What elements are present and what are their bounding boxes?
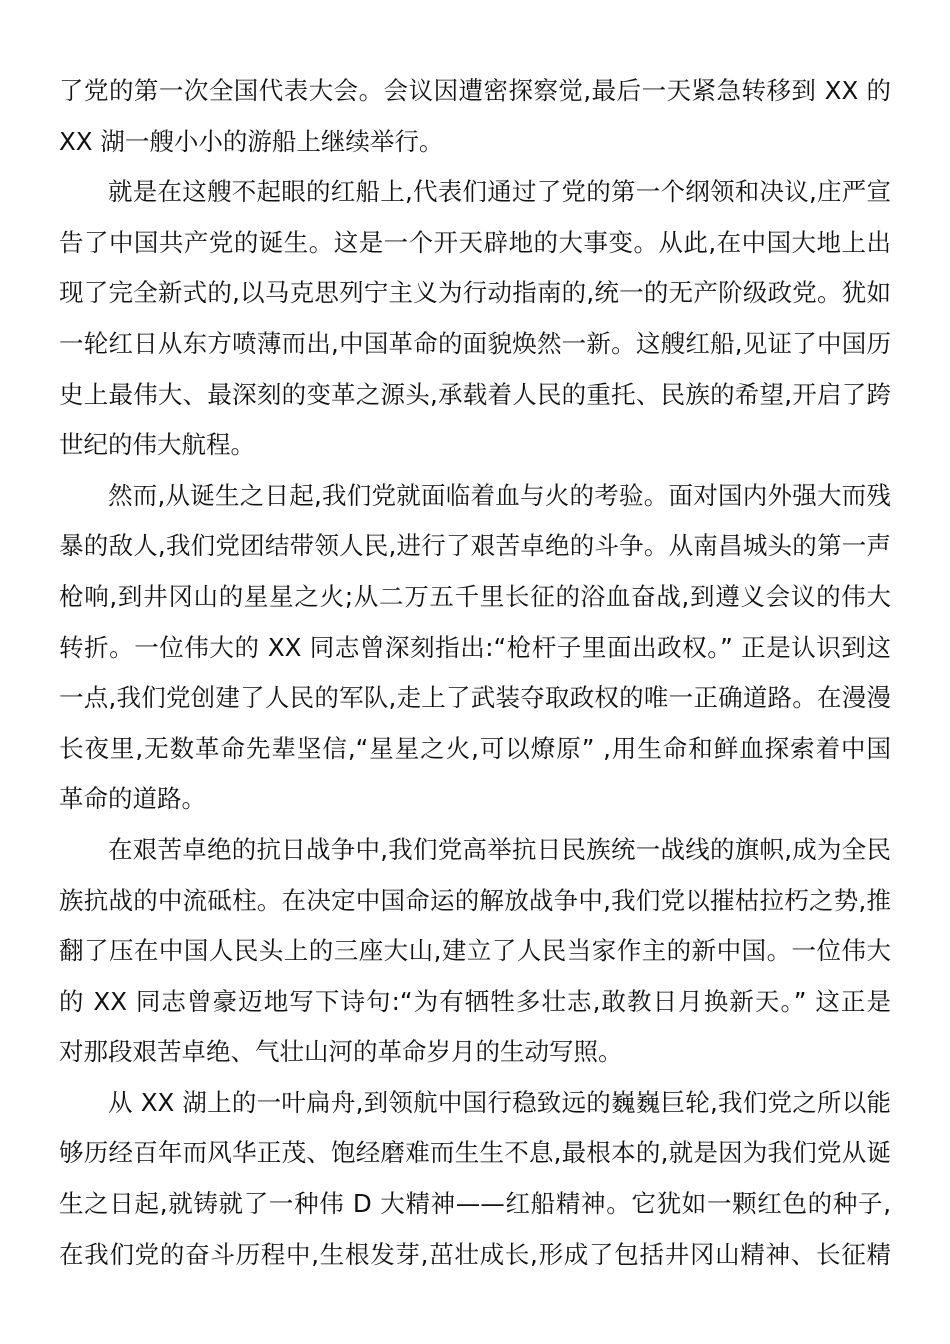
text-line: XX 湖一艘小小的游船上继续举行。 (59, 117, 891, 168)
paragraph: 了党的第一次全国代表大会。会议因遭密探察觉,最后一天紧急转移到 XX 的 XX … (59, 66, 891, 167)
text-line: 然而,从诞生之日起,我们党就面临着血与火的考验。面对国内外强大而残 (59, 471, 891, 522)
paragraph: 就是在这艘不起眼的红船上,代表们通过了党的第一个纲领和决议,庄严宣 告了中国共产… (59, 167, 891, 471)
text-line: 告了中国共产党的诞生。这是一个开天辟地的大事变。从此,在中国大地上出 (59, 218, 891, 269)
text-line: 史上最伟大、最深刻的变革之源头,承载着人民的重托、民族的希望,开启了跨 (59, 370, 891, 421)
text-line: 革命的道路。 (59, 774, 891, 825)
text-line: 世纪的伟大航程。 (59, 420, 891, 471)
text-line: 族抗战的中流砥柱。在决定中国命运的解放战争中,我们党以摧枯拉朽之势,推 (59, 876, 891, 927)
text-line: 了党的第一次全国代表大会。会议因遭密探察觉,最后一天紧急转移到 XX 的 (59, 66, 891, 117)
paragraph: 从 XX 湖上的一叶扁舟,到领航中国行稳致远的巍巍巨轮,我们党之所以能 够历经百… (59, 1078, 891, 1280)
text-line: 翻了压在中国人民头上的三座大山,建立了人民当家作主的新中国。一位伟大 (59, 926, 891, 977)
text-line: 长夜里,无数革命先辈坚信,“星星之火,可以燎原” ,用生命和鲜血探索着中国 (59, 724, 891, 775)
document-page: 了党的第一次全国代表大会。会议因遭密探察觉,最后一天紧急转移到 XX 的 XX … (59, 66, 891, 1280)
text-line: 就是在这艘不起眼的红船上,代表们通过了党的第一个纲领和决议,庄严宣 (59, 167, 891, 218)
text-line: 在我们党的奋斗历程中,生根发芽,茁壮成长,形成了包括井冈山精神、长征精 (59, 1230, 891, 1281)
text-line: 现了完全新式的,以马克思列宁主义为行动指南的,统一的无产阶级政党。犹如 (59, 268, 891, 319)
text-line: 够历经百年而风华正茂、饱经磨难而生生不息,最根本的,就是因为我们党从诞 (59, 1128, 891, 1179)
text-line: 生之日起,就铸就了一种伟 D 大精神——红船精神。它犹如一颗红色的种子, (59, 1179, 891, 1230)
paragraph: 在艰苦卓绝的抗日战争中,我们党高举抗日民族统一战线的旗帜,成为全民 族抗战的中流… (59, 825, 891, 1078)
text-line: 一点,我们党创建了人民的军队,走上了武装夺取政权的唯一正确道路。在漫漫 (59, 673, 891, 724)
paragraph: 然而,从诞生之日起,我们党就面临着血与火的考验。面对国内外强大而残 暴的敌人,我… (59, 471, 891, 825)
text-line: 在艰苦卓绝的抗日战争中,我们党高举抗日民族统一战线的旗帜,成为全民 (59, 825, 891, 876)
text-line: 对那段艰苦卓绝、气壮山河的革命岁月的生动写照。 (59, 1027, 891, 1078)
text-line: 从 XX 湖上的一叶扁舟,到领航中国行稳致远的巍巍巨轮,我们党之所以能 (59, 1078, 891, 1129)
text-line: 暴的敌人,我们党团结带领人民,进行了艰苦卓绝的斗争。从南昌城头的第一声 (59, 521, 891, 572)
text-line: 转折。一位伟大的 XX 同志曾深刻指出:“枪杆子里面出政权。” 正是认识到这 (59, 623, 891, 674)
text-line: 的 XX 同志曾豪迈地写下诗句:“为有牺牲多壮志,敢教日月换新天。” 这正是 (59, 977, 891, 1028)
text-line: 枪响,到井冈山的星星之火;从二万五千里长征的浴血奋战,到遵义会议的伟大 (59, 572, 891, 623)
text-line: 一轮红日从东方喷薄而出,中国革命的面貌焕然一新。这艘红船,见证了中国历 (59, 319, 891, 370)
